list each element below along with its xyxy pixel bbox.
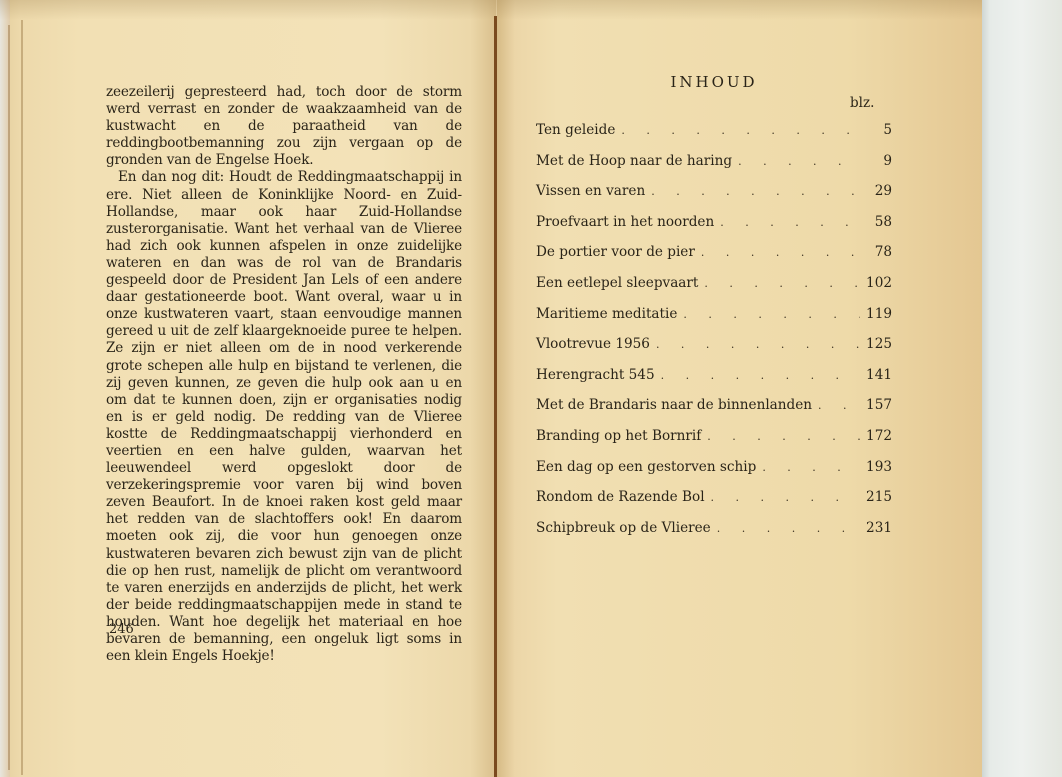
toc-entry: Vissen en varen29 bbox=[536, 183, 892, 214]
toc-entry-title: Herengracht 545 bbox=[536, 367, 655, 383]
toc-entry-title: Een eetlepel sleepvaart bbox=[536, 275, 698, 291]
page-edge-line bbox=[21, 20, 23, 775]
toc-entry-page: 58 bbox=[868, 214, 892, 230]
toc-leader-dots bbox=[656, 338, 860, 351]
page-number: 246 bbox=[109, 622, 134, 637]
toc-entry: Met de Hoop naar de haring9 bbox=[536, 153, 892, 184]
toc-entry-page: 231 bbox=[866, 520, 892, 536]
toc-entry-page: 193 bbox=[866, 459, 892, 475]
toc-leader-dots bbox=[661, 369, 860, 382]
paragraph: zeezeilerij gepresteerd had, toch door d… bbox=[106, 84, 462, 169]
toc-entry: Herengracht 545141 bbox=[536, 367, 892, 398]
top-shadow bbox=[0, 0, 982, 20]
toc-entry-page: 5 bbox=[868, 122, 892, 138]
toc-entry-page: 29 bbox=[868, 183, 892, 199]
toc-entry: Een dag op een gestorven schip193 bbox=[536, 459, 892, 490]
table-of-contents: Ten geleide5 Met de Hoop naar de haring9… bbox=[536, 122, 892, 550]
background-surface bbox=[982, 0, 1062, 777]
toc-entry-page: 102 bbox=[866, 275, 892, 291]
toc-entry-page: 141 bbox=[866, 367, 892, 383]
toc-entry-title: Een dag op een gestorven schip bbox=[536, 459, 756, 475]
toc-entry-page: 125 bbox=[866, 336, 892, 352]
body-text: zeezeilerij gepresteerd had, toch door d… bbox=[106, 84, 462, 665]
toc-page-column-label: blz. bbox=[850, 95, 874, 111]
toc-entry: Rondom de Razende Bol215 bbox=[536, 489, 892, 520]
toc-entry-title: Met de Brandaris naar de binnenlanden bbox=[536, 397, 812, 413]
toc-entry-page: 9 bbox=[868, 153, 892, 169]
toc-entry: Ten geleide5 bbox=[536, 122, 892, 153]
toc-entry: Proefvaart in het noorden58 bbox=[536, 214, 892, 245]
toc-leader-dots bbox=[704, 277, 860, 290]
toc-entry: De portier voor de pier78 bbox=[536, 244, 892, 275]
page-edge-line bbox=[8, 25, 10, 770]
toc-title: INHOUD bbox=[536, 73, 892, 91]
toc-leader-dots bbox=[683, 308, 860, 321]
toc-leader-dots bbox=[701, 246, 862, 259]
toc-entry: Maritieme meditatie119 bbox=[536, 306, 892, 337]
toc-entry-page: 78 bbox=[868, 244, 892, 260]
toc-entry-page: 172 bbox=[866, 428, 892, 444]
toc-entry: Vlootrevue 1956125 bbox=[536, 336, 892, 367]
toc-leader-dots bbox=[707, 430, 860, 443]
toc-entry-title: De portier voor de pier bbox=[536, 244, 695, 260]
toc-entry: Een eetlepel sleepvaart102 bbox=[536, 275, 892, 306]
toc-entry-page: 215 bbox=[866, 489, 892, 505]
toc-leader-dots bbox=[717, 522, 860, 535]
toc-leader-dots bbox=[711, 491, 861, 504]
toc-entry-title: Branding op het Bornrif bbox=[536, 428, 701, 444]
toc-entry-title: Vissen en varen bbox=[536, 183, 645, 199]
toc-leader-dots bbox=[651, 185, 862, 198]
toc-entry-title: Schipbreuk op de Vlieree bbox=[536, 520, 711, 536]
toc-entry-title: Maritieme meditatie bbox=[536, 306, 677, 322]
toc-entry-page: 157 bbox=[866, 397, 892, 413]
toc-entry: Schipbreuk op de Vlieree231 bbox=[536, 520, 892, 551]
toc-entry-title: Rondom de Razende Bol bbox=[536, 489, 705, 505]
toc-leader-dots bbox=[720, 216, 862, 229]
toc-entry: Branding op het Bornrif172 bbox=[536, 428, 892, 459]
paragraph: En dan nog dit: Houdt de Reddingmaatscha… bbox=[106, 169, 462, 665]
toc-leader-dots bbox=[621, 124, 862, 137]
toc-leader-dots bbox=[818, 399, 860, 412]
toc-leader-dots bbox=[762, 461, 860, 474]
toc-leader-dots bbox=[738, 155, 862, 168]
toc-entry-title: Vlootrevue 1956 bbox=[536, 336, 650, 352]
toc-entry-page: 119 bbox=[866, 306, 892, 322]
toc-entry-title: Met de Hoop naar de haring bbox=[536, 153, 732, 169]
open-book: zeezeilerij gepresteerd had, toch door d… bbox=[0, 0, 1062, 777]
toc-entry-title: Ten geleide bbox=[536, 122, 615, 138]
toc-entry-title: Proefvaart in het noorden bbox=[536, 214, 714, 230]
toc-entry: Met de Brandaris naar de binnenlanden157 bbox=[536, 397, 892, 428]
